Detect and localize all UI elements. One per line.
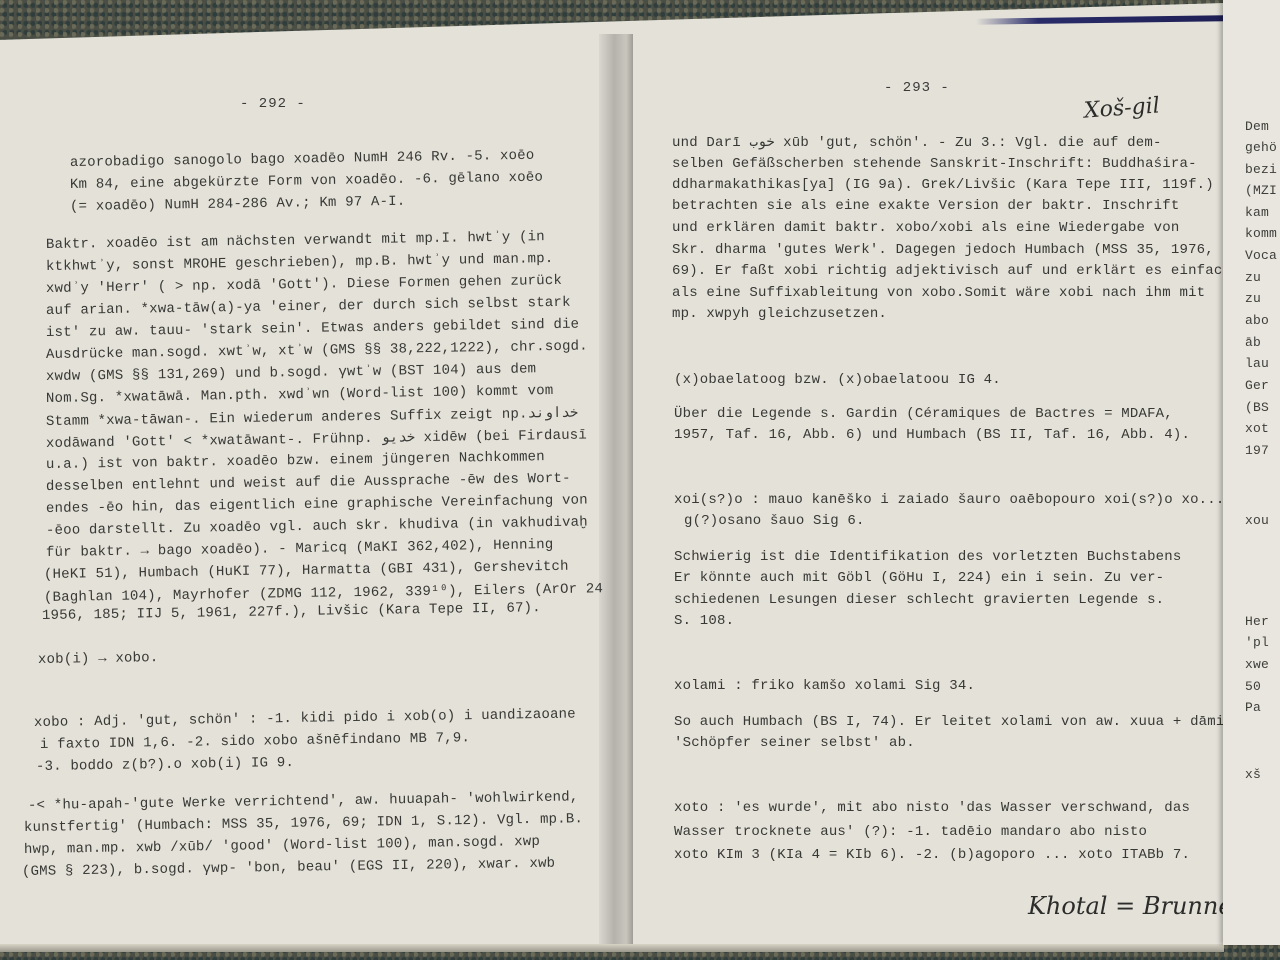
- fragment: kam: [1245, 205, 1269, 220]
- fragment: komm: [1245, 226, 1277, 241]
- text-line: xoi(s?)o : mauo kanēško i zaiado šauro o…: [674, 492, 1225, 508]
- text-line: Baktr. xoadēo ist am nächsten verwandt m…: [46, 229, 545, 253]
- text-line: xob(i) → xobo.: [38, 650, 159, 668]
- text-line: Stamm *xwa-tāwan-. Ein wiederum anderes …: [46, 405, 578, 430]
- text-line: (= xoadēo) NumH 284-286 Av.; Km 97 A-I.: [70, 194, 406, 215]
- page-number: - 292 -: [240, 96, 306, 112]
- text-line: i faxto IDN 1,6. -2. sido xobo ašnēfinda…: [40, 730, 470, 753]
- text-line: kunstfertig' (Humbach: MSS 35, 1976, 69;…: [24, 811, 583, 836]
- text-line: und Darī خوب xūb 'gut, schön'. - Zu 3.: …: [672, 134, 1162, 151]
- text-line: für baktr. → bago xoadēo). - Maricq (MaK…: [46, 537, 554, 561]
- text-line: ist' zu aw. tauu- 'stark sein'. Etwas an…: [46, 317, 579, 341]
- text-line: hwp, man.mp. xwb /xūb/ 'good' (Word-list…: [24, 834, 540, 858]
- fragment: āb: [1245, 335, 1261, 350]
- text-line: und erklären damit baktr. xobo/xobi als …: [672, 220, 1179, 236]
- text-line: auf arian. *xwa-tāw(a)-ya 'einer, der du…: [46, 295, 571, 319]
- fragment: xwe: [1245, 657, 1269, 672]
- text-line: xodāwand 'Gott' < *xwatāwant-. Frühnp. خ…: [46, 427, 587, 452]
- fragment: Pa: [1245, 700, 1261, 715]
- page-number: - 293 -: [884, 80, 950, 96]
- text-line: xoto : 'es wurde', mit abo nisto 'das Wa…: [674, 800, 1190, 816]
- fragment: (BS: [1245, 400, 1269, 415]
- text-line: Über die Legende s. Gardin (Céramiques d…: [674, 406, 1173, 422]
- text-line: g(?)osano šauo Sig 6.: [684, 513, 865, 529]
- fragment: bezi: [1245, 162, 1277, 177]
- right-page: - 293 - und Darī خوب xūb 'gut, schön'. -…: [640, 0, 1230, 960]
- text-line: selben Gefäßscherben stehende Sanskrit-I…: [672, 156, 1197, 172]
- fragment: (MZI: [1245, 183, 1277, 198]
- text-line: u.a.) ist von baktr. xoadēo bzw. einem j…: [46, 449, 545, 473]
- text-line: So auch Humbach (BS I, 74). Er leitet xo…: [674, 714, 1233, 730]
- fragment: 'pl: [1245, 635, 1269, 650]
- text-line: endes -ēo hin, das eigentlich eine graph…: [46, 492, 588, 517]
- text-line: xobo : Adj. 'gut, schön' : -1. kidi pido…: [34, 706, 576, 731]
- text-line: Er könnte auch mit Göbl (GöHu I, 224) ei…: [674, 570, 1164, 586]
- fragment: Voca: [1245, 248, 1277, 263]
- fragment: Ger: [1245, 378, 1269, 393]
- text-line: 1957, Taf. 16, Abb. 6) und Humbach (BS I…: [674, 427, 1190, 443]
- text-line: (x)obaelatoog bzw. (x)obaelatoou IG 4.: [674, 372, 1001, 388]
- text-line: xoto KIm 3 (KIa 4 = KIb 6). -2. (b)agopo…: [674, 847, 1190, 863]
- text-line: (HeKI 51), Humbach (HuKI 77), Harmatta (…: [44, 559, 569, 583]
- text-line: betrachten sie als eine exakte Version d…: [672, 198, 1179, 214]
- fragment: abo: [1245, 313, 1269, 328]
- text-line: -3. boddo z(b?).o xob(i) IG 9.: [36, 755, 294, 775]
- left-page: - 292 - azorobadigo sanogolo bago xoadēo…: [0, 0, 600, 960]
- book-gutter: [599, 34, 633, 944]
- text-line: S. 108.: [674, 613, 734, 629]
- fragment: xš: [1245, 767, 1261, 782]
- text-line: xwdw (GMS §§ 131,269) und b.sogd. γwtʾw …: [46, 361, 536, 385]
- fragment: lau: [1245, 356, 1269, 371]
- text-line: -ēoo darstellt. Zu xoadēo vgl. auch skr.…: [46, 514, 588, 539]
- fragment: gehö: [1245, 140, 1277, 155]
- text-line: azorobadigo sanogolo bago xoadēo NumH 24…: [70, 148, 535, 171]
- text-line: xwdʾy 'Herr' ( > np. xodā 'Gott'). Diese…: [46, 273, 562, 297]
- text-line: -< *hu-apah-'gute Werke verrichtend', aw…: [28, 789, 579, 814]
- text-line: Wasser trocknete aus' (?): -1. tadēio ma…: [674, 824, 1147, 840]
- text-line: ddharmakathikas[ya] (IG 9a). Grek/Livšic…: [672, 177, 1214, 193]
- text-line: als eine Suffixableitung von xobo.Somit …: [672, 285, 1205, 301]
- fragment: zu: [1245, 291, 1261, 306]
- next-page-edge: Dem gehö bezi (MZI kam komm Voca zu zu a…: [1223, 0, 1280, 945]
- fragment: 50: [1245, 679, 1261, 694]
- text-line: Skr. dharma 'gutes Werk'. Dagegen jedoch…: [672, 242, 1214, 258]
- text-line: 69). Er faßt xobi richtig adjektivisch a…: [672, 263, 1231, 279]
- fragment: Dem: [1245, 119, 1269, 134]
- handwritten-note-top: Xoš-gil: [1083, 93, 1160, 123]
- text-line: xolami : friko kamšo xolami Sig 34.: [674, 678, 975, 694]
- fragment: xot: [1245, 421, 1269, 436]
- text-line: Km 84, eine abgekürzte Form von xoadēo. …: [70, 170, 543, 193]
- fragment: xou: [1245, 513, 1269, 528]
- text-line: desselben entlehnt und weist auf die Aus…: [46, 471, 571, 495]
- text-line: schiedenen Lesungen dieser schlecht grav…: [674, 592, 1164, 608]
- text-line: Nom.Sg. *xwatāwā. Man.pth. xwdʾwn (Word-…: [46, 383, 554, 407]
- text-line: 'Schöpfer seiner selbst' ab.: [674, 735, 915, 751]
- text-line: mp. xwpyh gleichzusetzen.: [672, 306, 887, 322]
- text-line: (GMS § 223), b.sogd. γwp- 'bon, beau' (E…: [22, 856, 555, 880]
- text-line: ktkhwtʾy, sonst MROHE geschrieben), mp.B…: [46, 251, 554, 275]
- fragment: Her: [1245, 614, 1269, 629]
- text-line: Schwierig ist die Identifikation des vor…: [674, 549, 1181, 565]
- handwritten-note-bottom: Khotal = Brunnen: [1028, 892, 1248, 920]
- fragment: 197: [1245, 443, 1269, 458]
- text-line: Ausdrücke man.sogd. xwtʾw, xtʾw (GMS §§ …: [46, 338, 588, 363]
- fragment: zu: [1245, 270, 1261, 285]
